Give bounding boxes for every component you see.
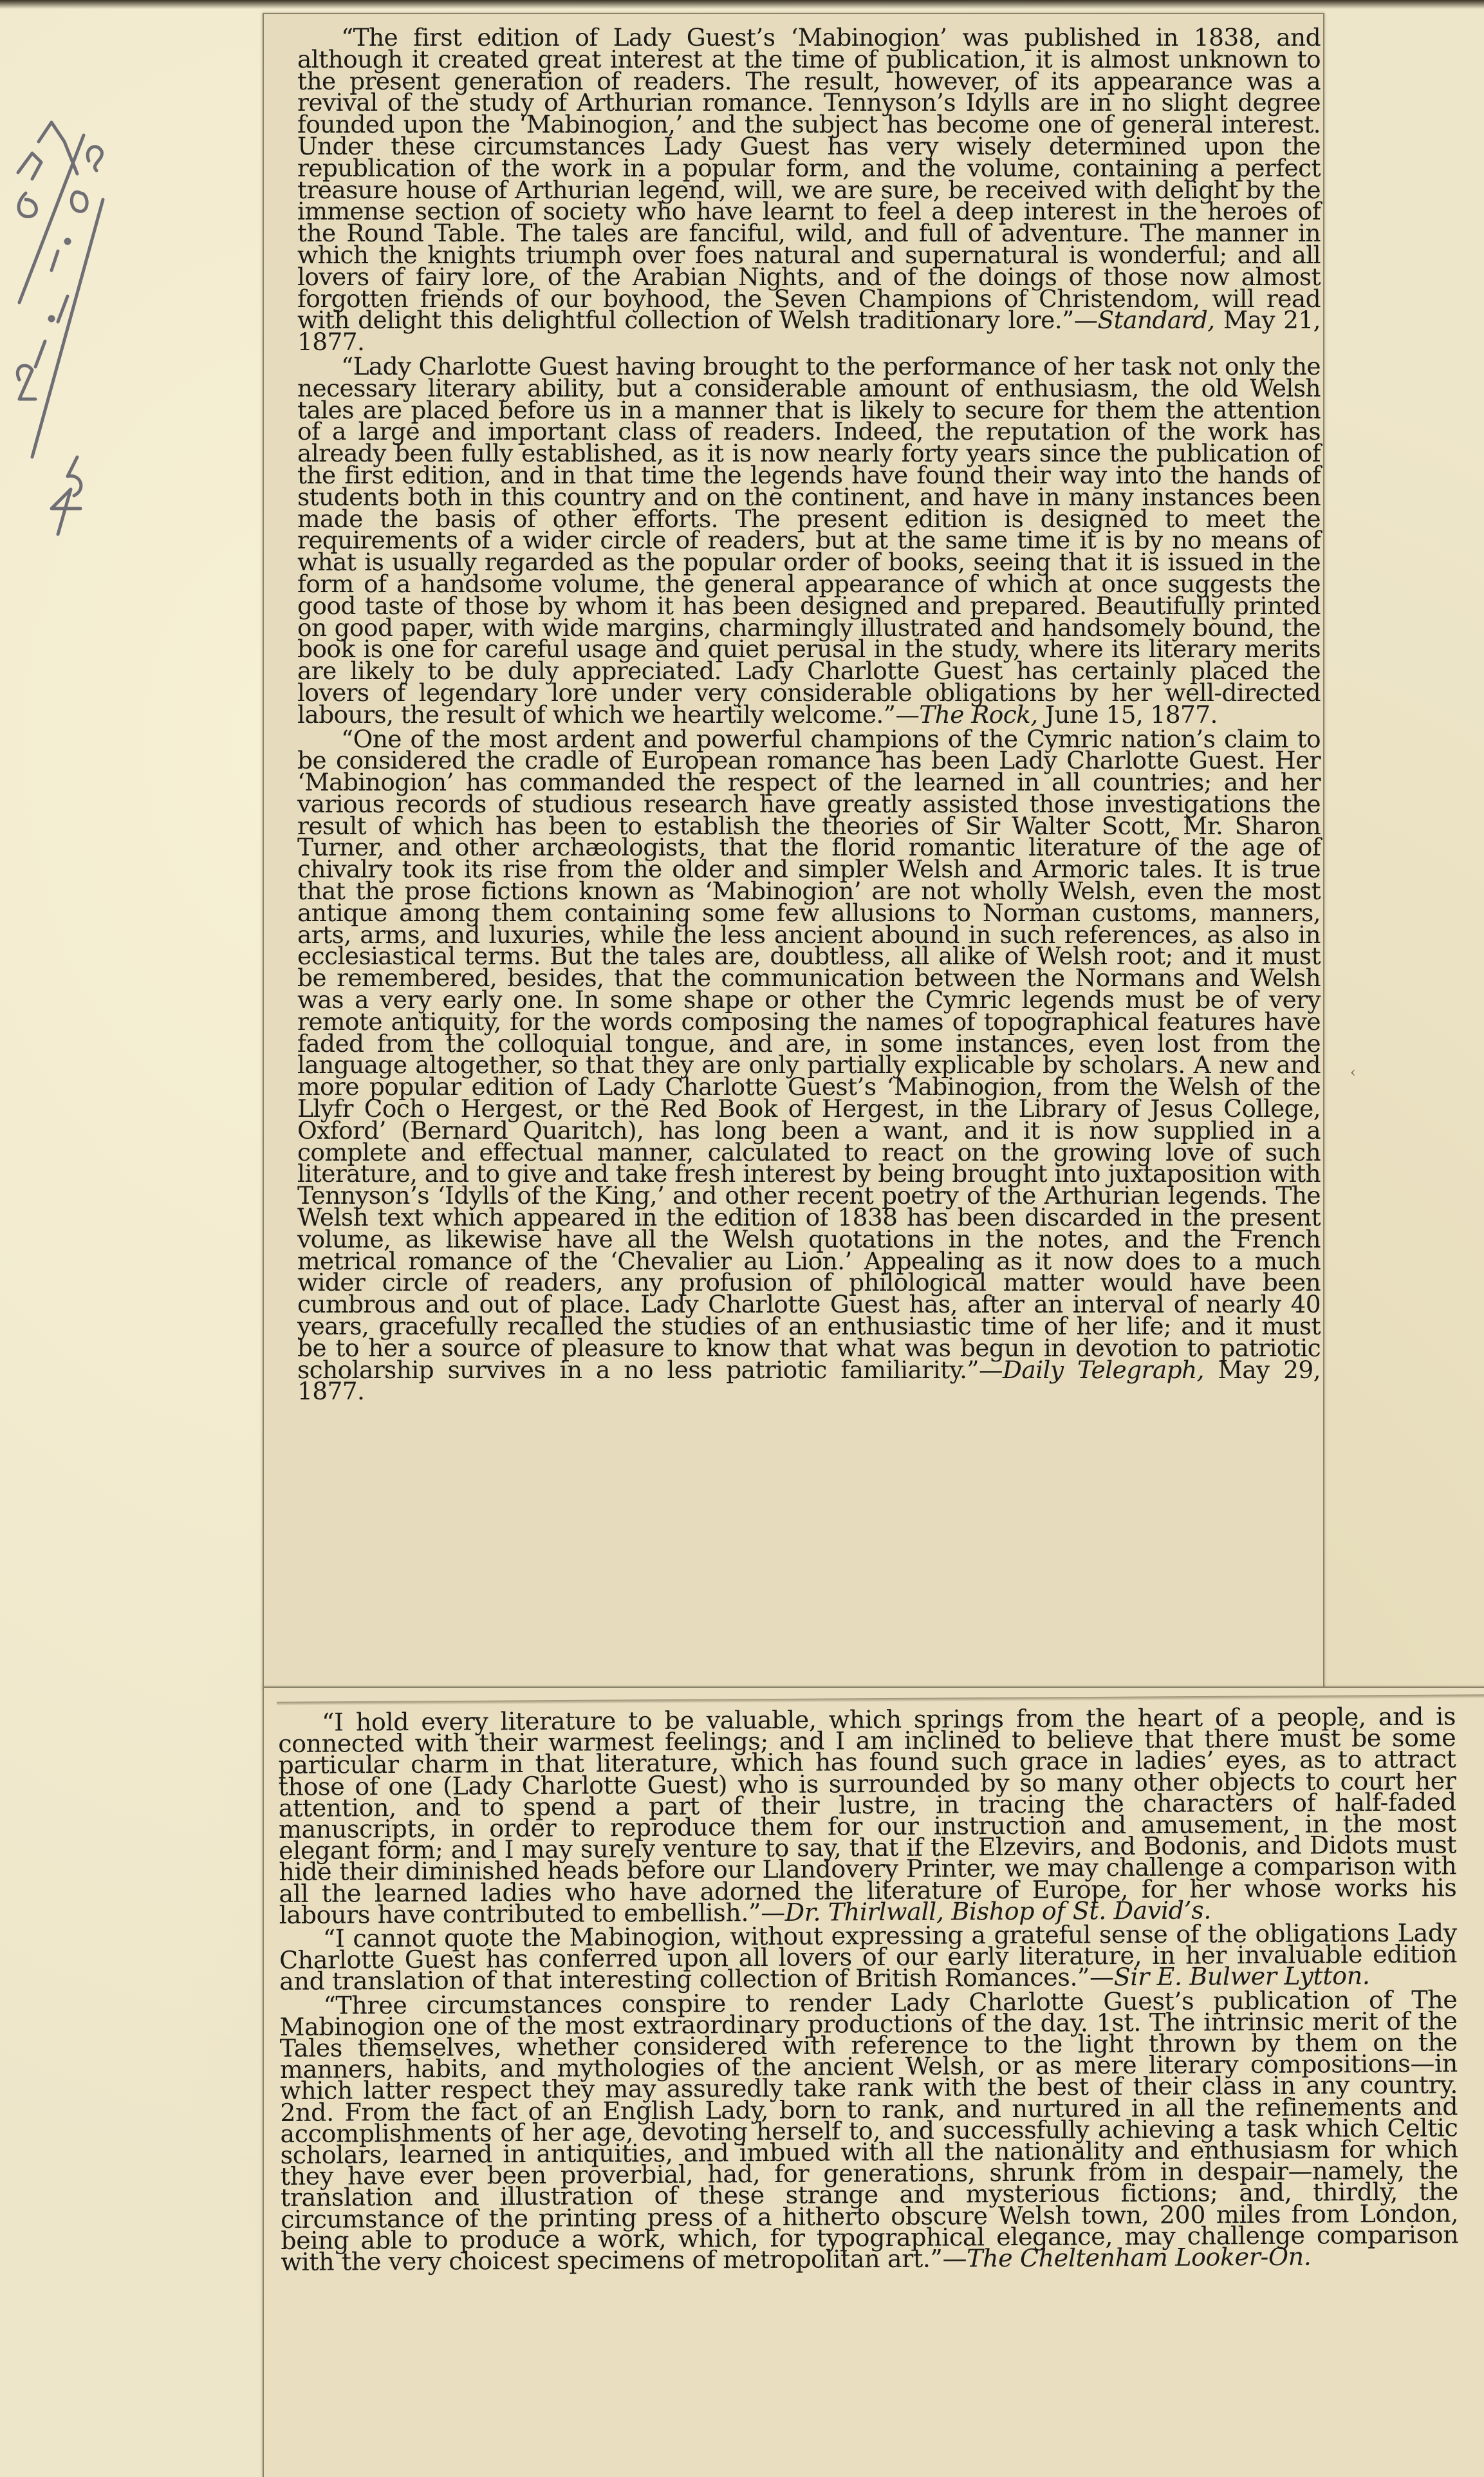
quote-daily-telegraph: “One of the most ardent and powerful cha… (297, 729, 1321, 1403)
quote-body: “The first edition of Lady Guest’s ‘Mabi… (297, 23, 1321, 334)
clipping-2-text: “I hold every literature to be valuable,… (278, 1706, 1459, 2276)
quote-dr-thirlwall: “I hold every literature to be valuable,… (278, 1706, 1457, 1926)
quote-body: “Three circumstances conspire to render … (279, 1985, 1458, 2276)
handwritten-margin-annotation (6, 97, 238, 547)
quote-source: Standard, (1098, 306, 1215, 334)
quote-the-rock: “Lady Charlotte Guest having brought to … (297, 356, 1321, 726)
quote-source: Daily Telegraph, (1003, 1356, 1204, 1384)
quote-source: The Cheltenham Looker-On. (967, 2243, 1312, 2273)
quote-cheltenham-looker-on: “Three circumstances conspire to render … (279, 1989, 1458, 2273)
scan-edge-shadow (0, 0, 1484, 9)
paper-tear-mark: ‹ (1350, 1067, 1359, 1079)
quote-body: “I hold every literature to be valuable,… (278, 1702, 1456, 1929)
quote-body: “Lady Charlotte Guest having brought to … (297, 352, 1321, 729)
clipping-1-text: “The first edition of Lady Guest’s ‘Mabi… (297, 27, 1321, 1405)
quote-body: “One of the most ardent and powerful cha… (297, 725, 1321, 1384)
quote-bulwer-lytton: “I cannot quote the Mabinogion, without … (279, 1922, 1457, 1992)
quote-standard: “The first edition of Lady Guest’s ‘Mabi… (297, 27, 1321, 353)
